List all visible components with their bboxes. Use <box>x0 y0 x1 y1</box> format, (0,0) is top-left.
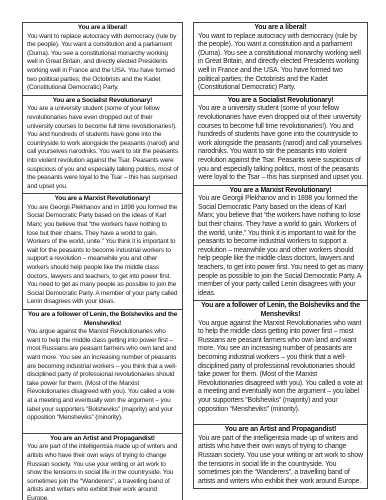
card-title: You are an Artist and Propagandist! <box>23 434 182 444</box>
card-title: You are a liberal! <box>194 23 367 33</box>
role-card-artist-propagandist: You are an Artist and Propagandist! You … <box>22 434 183 500</box>
card-title: You are a Marxist Revolutionary! <box>194 186 367 196</box>
role-card-lenin-follower: You are a follower of Lenin, the Bolshev… <box>22 310 183 434</box>
card-title: You are a Socialist Revolutionary! <box>23 96 182 106</box>
card-body: You want to replace autocracy with democ… <box>23 33 182 95</box>
card-title: You are an Artist and Propagandist! <box>194 425 367 435</box>
card-body: You are a university student (some of yo… <box>194 105 367 184</box>
role-card-liberal: You are a liberal! You want to replace a… <box>22 22 183 96</box>
role-card-socialist-revolutionary: You are a Socialist Revolutionary! You a… <box>22 96 183 195</box>
card-body: You argue against the Marxist Revolution… <box>23 328 182 433</box>
card-body: You are Georgii Plekhanov and in 1898 yo… <box>194 195 367 300</box>
role-card-marxist-revolutionary: You are a Marxist Revolutionary! You are… <box>193 186 368 302</box>
card-body: You are a university student (some of yo… <box>23 105 182 193</box>
role-card-artist-propagandist: You are an Artist and Propagandist! You … <box>193 425 368 489</box>
role-card-socialist-revolutionary: You are a Socialist Revolutionary! You a… <box>193 96 368 186</box>
card-title: You are a follower of Lenin, the Bolshev… <box>23 310 182 328</box>
card-body: You are part of the intelligentsia made … <box>194 435 367 489</box>
role-card-marxist-revolutionary: You are a Marxist Revolutionary! You are… <box>22 194 183 310</box>
card-body: You want to replace autocracy with democ… <box>194 33 367 95</box>
card-title: You are a Marxist Revolutionary! <box>23 194 182 204</box>
card-column-right: You are a liberal! You want to replace a… <box>193 22 368 489</box>
document-page: You are a liberal! You want to replace a… <box>0 0 386 500</box>
card-body: You argue against the Marxist Revolution… <box>194 320 367 425</box>
card-body: You are Georgii Plekhanov and in 1898 yo… <box>23 204 182 309</box>
role-card-liberal: You are a liberal! You want to replace a… <box>193 22 368 96</box>
card-title: You are a Socialist Revolutionary! <box>194 96 367 106</box>
role-card-lenin-follower: You are a follower of Lenin, the Bolshev… <box>193 301 368 425</box>
card-body: You are part of the intelligentsia made … <box>23 443 182 500</box>
card-title: You are a liberal! <box>23 23 182 33</box>
card-title: You are a follower of Lenin, the Bolshev… <box>194 301 367 319</box>
card-column-left: You are a liberal! You want to replace a… <box>22 22 183 500</box>
